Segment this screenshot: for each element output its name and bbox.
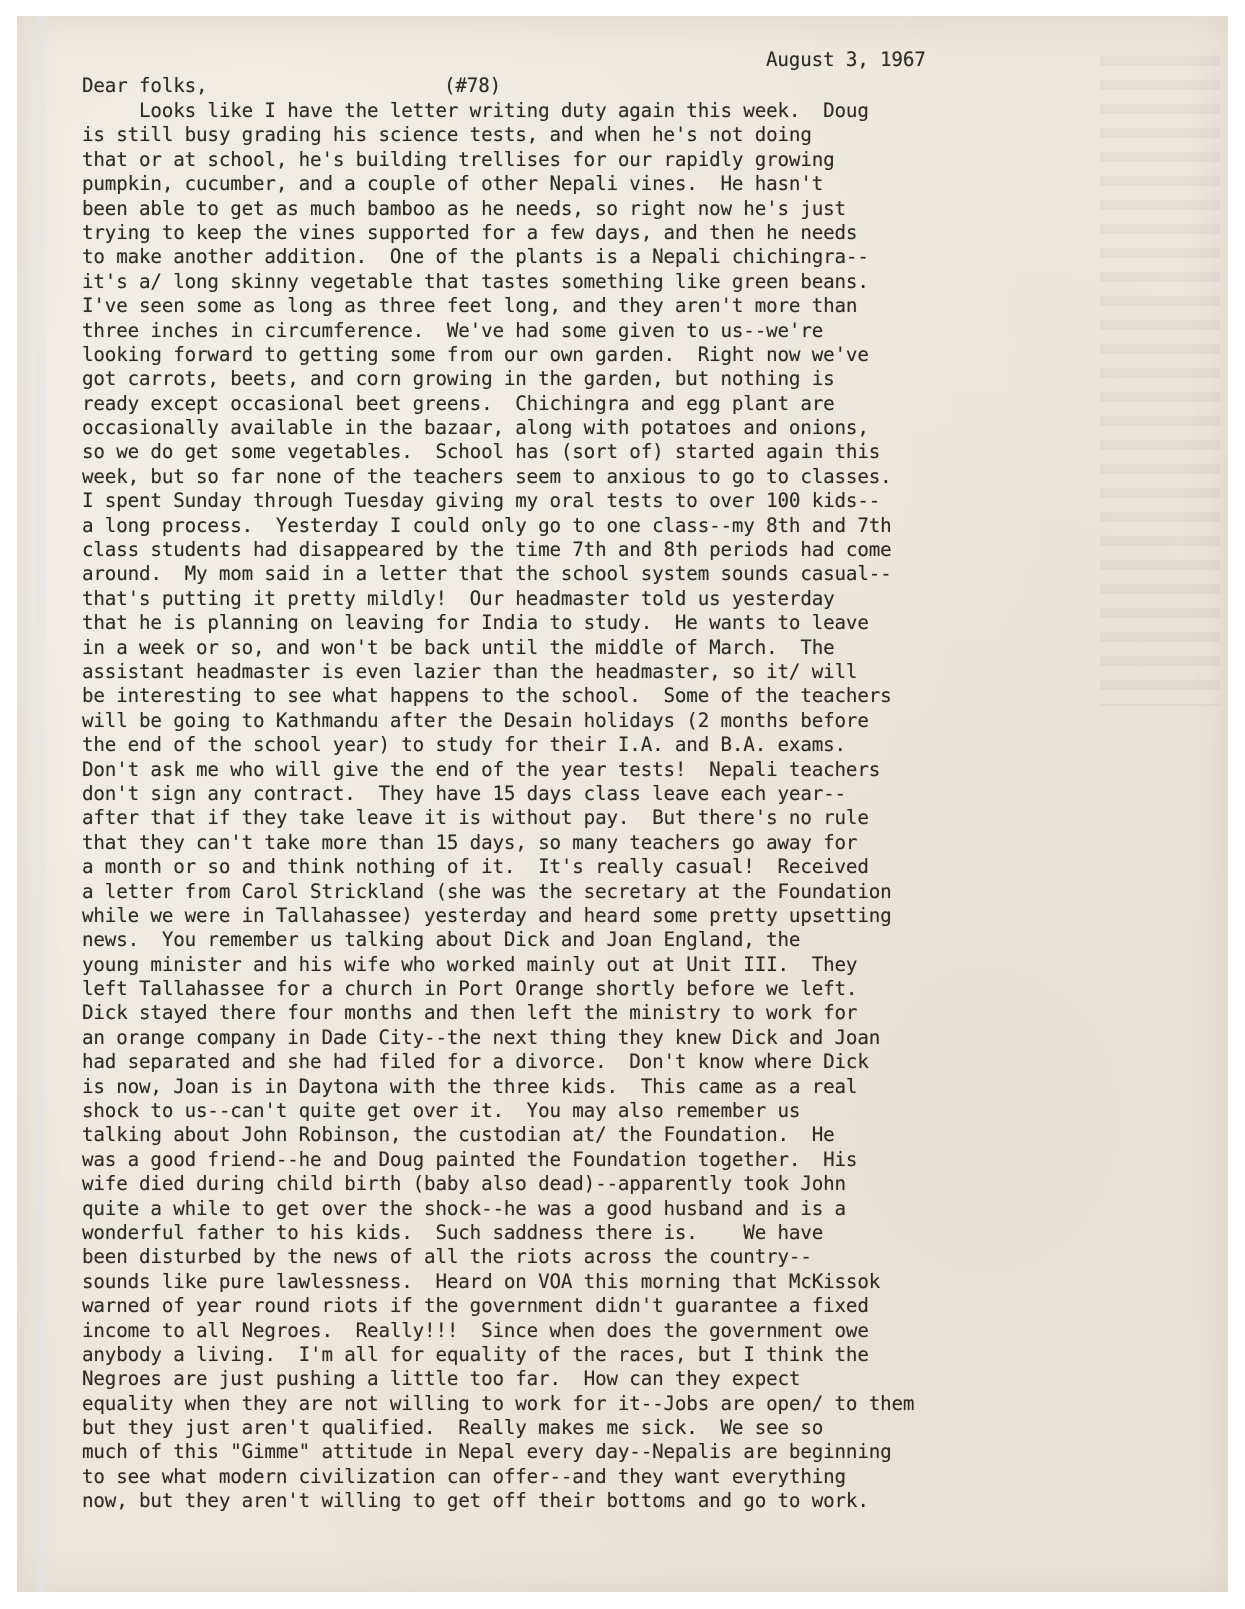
letter-line: Don't ask me who will give the end of th… <box>82 758 914 782</box>
letter-line: been able to get as much bamboo as he ne… <box>82 197 914 221</box>
letter-line: that he is planning on leaving for India… <box>82 611 914 635</box>
letter-line: occasionally available in the bazaar, al… <box>82 416 914 440</box>
letter-line: be interesting to see what happens to th… <box>82 684 914 708</box>
letter-line: shock to us--can't quite get over it. Yo… <box>82 1099 914 1123</box>
letter-line: now, but they aren't willing to get off … <box>82 1489 914 1513</box>
letter-line: the end of the school year) to study for… <box>82 733 914 757</box>
letter-line: after that if they take leave it is with… <box>82 806 914 830</box>
letter-line: week, but so far none of the teachers se… <box>82 465 914 489</box>
letter-line: in a week or so, and won't be back until… <box>82 636 914 660</box>
letter-line: to make another addition. One of the pla… <box>82 245 914 269</box>
letter-line: had separated and she had filed for a di… <box>82 1050 914 1074</box>
letter-line: wonderful father to his kids. Such saddn… <box>82 1221 914 1245</box>
letter-line: is now, Joan is in Daytona with the thre… <box>82 1075 914 1099</box>
letter-line: around. My mom said in a letter that the… <box>82 562 914 586</box>
letter-line: Looks like I have the letter writing dut… <box>82 99 914 123</box>
letter-line: wife died during child birth (baby also … <box>82 1172 914 1196</box>
salutation: Dear folks, <box>82 74 207 98</box>
letter-line: but they just aren't qualified. Really m… <box>82 1416 914 1440</box>
letter-line: income to all Negroes. Really!!! Since w… <box>82 1319 914 1343</box>
letter-line: left Tallahassee for a church in Port Or… <box>82 977 914 1001</box>
letter-line: a long process. Yesterday I could only g… <box>82 514 914 538</box>
letter-line: that they can't take more than 15 days, … <box>82 831 914 855</box>
letter-line: I've seen some as long as three feet lon… <box>82 294 914 318</box>
letter-line: so we do get some vegetables. School has… <box>82 440 914 464</box>
letter-line: is still busy grading his science tests,… <box>82 123 914 147</box>
letter-line: class students had disappeared by the ti… <box>82 538 914 562</box>
letter-number: (#78) <box>444 74 501 98</box>
letter-line: a letter from Carol Strickland (she was … <box>82 880 914 904</box>
letter-line: ready except occasional beet greens. Chi… <box>82 392 914 416</box>
letter-line: while we were in Tallahassee) yesterday … <box>82 904 914 928</box>
letter-line: sounds like pure lawlessness. Heard on V… <box>82 1270 914 1294</box>
letter-line: that's putting it pretty mildly! Our hea… <box>82 587 914 611</box>
letter-line: three inches in circumference. We've had… <box>82 319 914 343</box>
letter-date: August 3, 1967 <box>766 48 926 72</box>
letter-line: anybody a living. I'm all for equality o… <box>82 1343 914 1367</box>
letter-line: Dick stayed there four months and then l… <box>82 1001 914 1025</box>
letter-line: an orange company in Dade City--the next… <box>82 1026 914 1050</box>
letter-line: that or at school, he's building trellis… <box>82 148 914 172</box>
letter-line: news. You remember us talking about Dick… <box>82 928 914 952</box>
letter-line: talking about John Robinson, the custodi… <box>82 1123 914 1147</box>
letter-line: been disturbed by the news of all the ri… <box>82 1245 914 1269</box>
letter-line: young minister and his wife who worked m… <box>82 953 914 977</box>
letter-page: August 3, 1967 Dear folks, (#78) Looks l… <box>17 16 1228 1592</box>
letter-line: a month or so and think nothing of it. I… <box>82 855 914 879</box>
letter-line: to see what modern civilization can offe… <box>82 1465 914 1489</box>
letter-line: Negroes are just pushing a little too fa… <box>82 1367 914 1391</box>
letter-body: Looks like I have the letter writing dut… <box>82 99 914 1514</box>
reverse-side-show-through <box>1100 56 1220 706</box>
letter-line: pumpkin, cucumber, and a couple of other… <box>82 172 914 196</box>
letter-line: warned of year round riots if the govern… <box>82 1294 914 1318</box>
letter-line: was a good friend--he and Doug painted t… <box>82 1148 914 1172</box>
letter-line: it's a/ long skinny vegetable that taste… <box>82 270 914 294</box>
letter-line: much of this "Gimme" attitude in Nepal e… <box>82 1440 914 1464</box>
letter-line: assistant headmaster is even lazier than… <box>82 660 914 684</box>
letter-line: looking forward to getting some from our… <box>82 343 914 367</box>
letter-line: will be going to Kathmandu after the Des… <box>82 709 914 733</box>
letter-line: equality when they are not willing to wo… <box>82 1392 914 1416</box>
letter-line: quite a while to get over the shock--he … <box>82 1197 914 1221</box>
letter-line: don't sign any contract. They have 15 da… <box>82 782 914 806</box>
letter-line: got carrots, beets, and corn growing in … <box>82 367 914 391</box>
letter-line: trying to keep the vines supported for a… <box>82 221 914 245</box>
letter-line: I spent Sunday through Tuesday giving my… <box>82 489 914 513</box>
